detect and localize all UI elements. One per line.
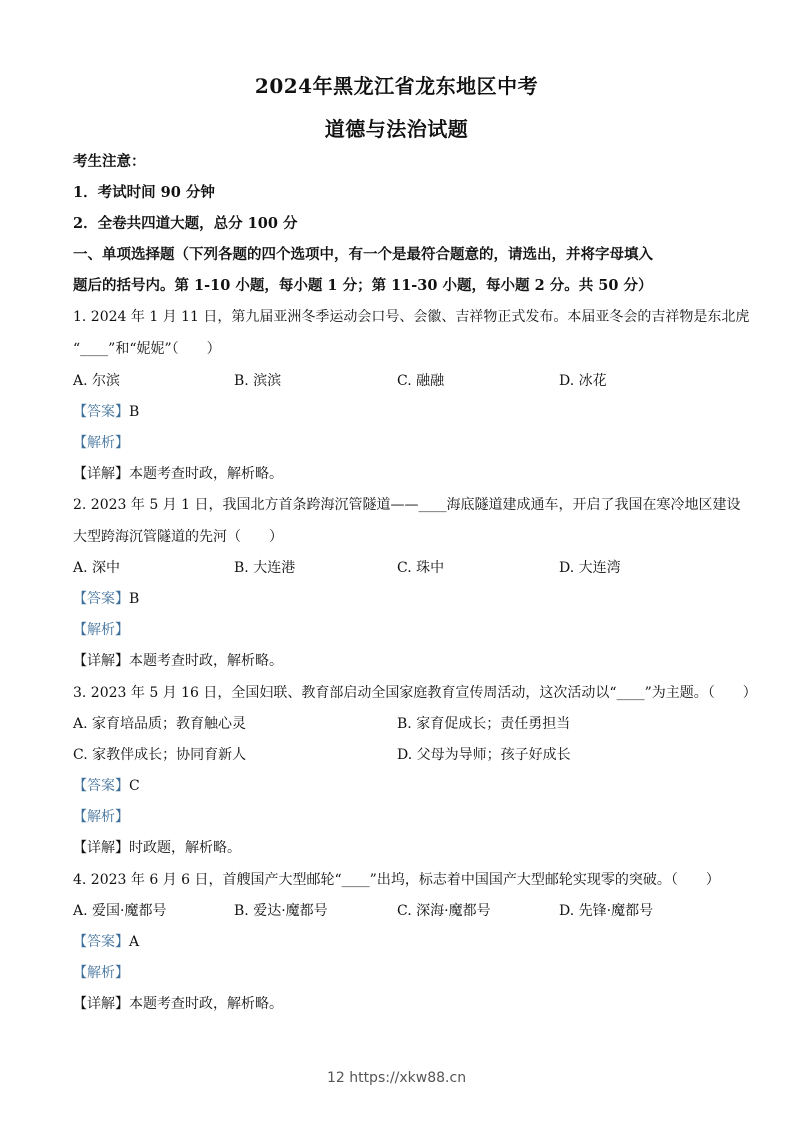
question-3-option-a: A. 家育培品质；教育触心灵 [73,713,246,733]
detail-label: 【详解】 [73,466,129,482]
answer-value: C [129,778,140,794]
question-3-option-b: B. 家育促成长；责任勇担当 [397,713,570,733]
question-4-stem: 4. 2023 年 6 月 6 日，首艘国产大型邮轮“____”出坞，标志着中国… [73,869,720,889]
question-1-answer: 【答案】B [73,401,139,421]
page-footer: 12 https://xkw88.cn [0,1070,793,1086]
question-4-answer: 【答案】A [73,931,139,951]
answer-value: B [129,404,139,420]
answer-label: 【答案】 [73,404,129,420]
question-3-option-c: C. 家教伴成长；协同育新人 [73,744,246,764]
answer-value: A [129,934,139,950]
exam-title: 2024年黑龙江省龙东地区中考 [0,70,793,99]
question-4-detail: 【详解】本题考查时政，解析略。 [73,993,283,1013]
detail-text: 本题考查时政，解析略。 [129,996,283,1012]
question-1-option-b: B. 滨滨 [234,370,281,390]
question-1-detail: 【详解】本题考查时政，解析略。 [73,463,283,483]
document-page: 2024年黑龙江省龙东地区中考 道德与法治试题 考生注意： 1．考试时间 90 … [0,0,793,1122]
section-heading: 一、单项选择题（下列各题的四个选项中，有一个是最符合题意的，请选出，并将字母填入 [73,243,653,264]
question-4-option-c: C. 深海·魔都号 [397,900,491,920]
detail-label: 【详解】 [73,653,129,669]
notice-item: 2．全卷共四道大题，总分 100 分 [73,212,297,233]
question-2-stem: 2. 2023 年 5 月 1 日，我国北方首条跨海沉管隧道——____海底隧道… [73,494,741,514]
question-1-option-a: A. 尔滨 [73,370,120,390]
analysis-label: 【解析】 [73,432,129,452]
question-2-stem-cont: 大型跨海沉管隧道的先河（ ） [73,526,283,546]
answer-label: 【答案】 [73,591,129,607]
question-2-detail: 【详解】本题考查时政，解析略。 [73,650,283,670]
answer-label: 【答案】 [73,778,129,794]
section-heading-cont: 题后的括号内。第 1-10 小题，每小题 1 分；第 11-30 小题，每小题 … [73,274,653,295]
detail-label: 【详解】 [73,840,129,856]
answer-label: 【答案】 [73,934,129,950]
question-4-option-b: B. 爱达·魔都号 [234,900,328,920]
analysis-label: 【解析】 [73,619,129,639]
exam-subtitle: 道德与法治试题 [0,113,793,142]
analysis-label: 【解析】 [73,806,129,826]
question-2-answer: 【答案】B [73,588,139,608]
question-3-stem: 3. 2023 年 5 月 16 日，全国妇联、教育部启动全国家庭教育宣传周活动… [73,682,757,702]
notice-item: 1．考试时间 90 分钟 [73,181,215,202]
notice-heading: 考生注意： [73,150,146,171]
question-2-option-c: C. 珠中 [397,557,444,577]
question-4-option-d: D. 先锋·魔都号 [559,900,653,920]
question-3-option-d: D. 父母为导师；孩子好成长 [397,744,571,764]
detail-label: 【详解】 [73,996,129,1012]
detail-text: 本题考查时政，解析略。 [129,653,283,669]
question-2-option-d: D. 大连湾 [559,557,621,577]
question-1-stem: 1. 2024 年 1 月 11 日，第九届亚洲冬季运动会口号、会徽、吉祥物正式… [73,306,749,326]
question-1-option-d: D. 冰花 [559,370,607,390]
question-3-answer: 【答案】C [73,775,140,795]
detail-text: 本题考查时政，解析略。 [129,466,283,482]
question-4-option-a: A. 爱国·魔都号 [73,900,166,920]
question-1-stem-cont: “____”和“妮妮”（ ） [73,338,221,358]
question-2-option-a: A. 深中 [73,557,120,577]
detail-text: 时政题，解析略。 [129,840,241,856]
question-3-detail: 【详解】时政题，解析略。 [73,837,241,857]
question-2-option-b: B. 大连港 [234,557,295,577]
question-1-option-c: C. 融融 [397,370,444,390]
analysis-label: 【解析】 [73,962,129,982]
answer-value: B [129,591,139,607]
